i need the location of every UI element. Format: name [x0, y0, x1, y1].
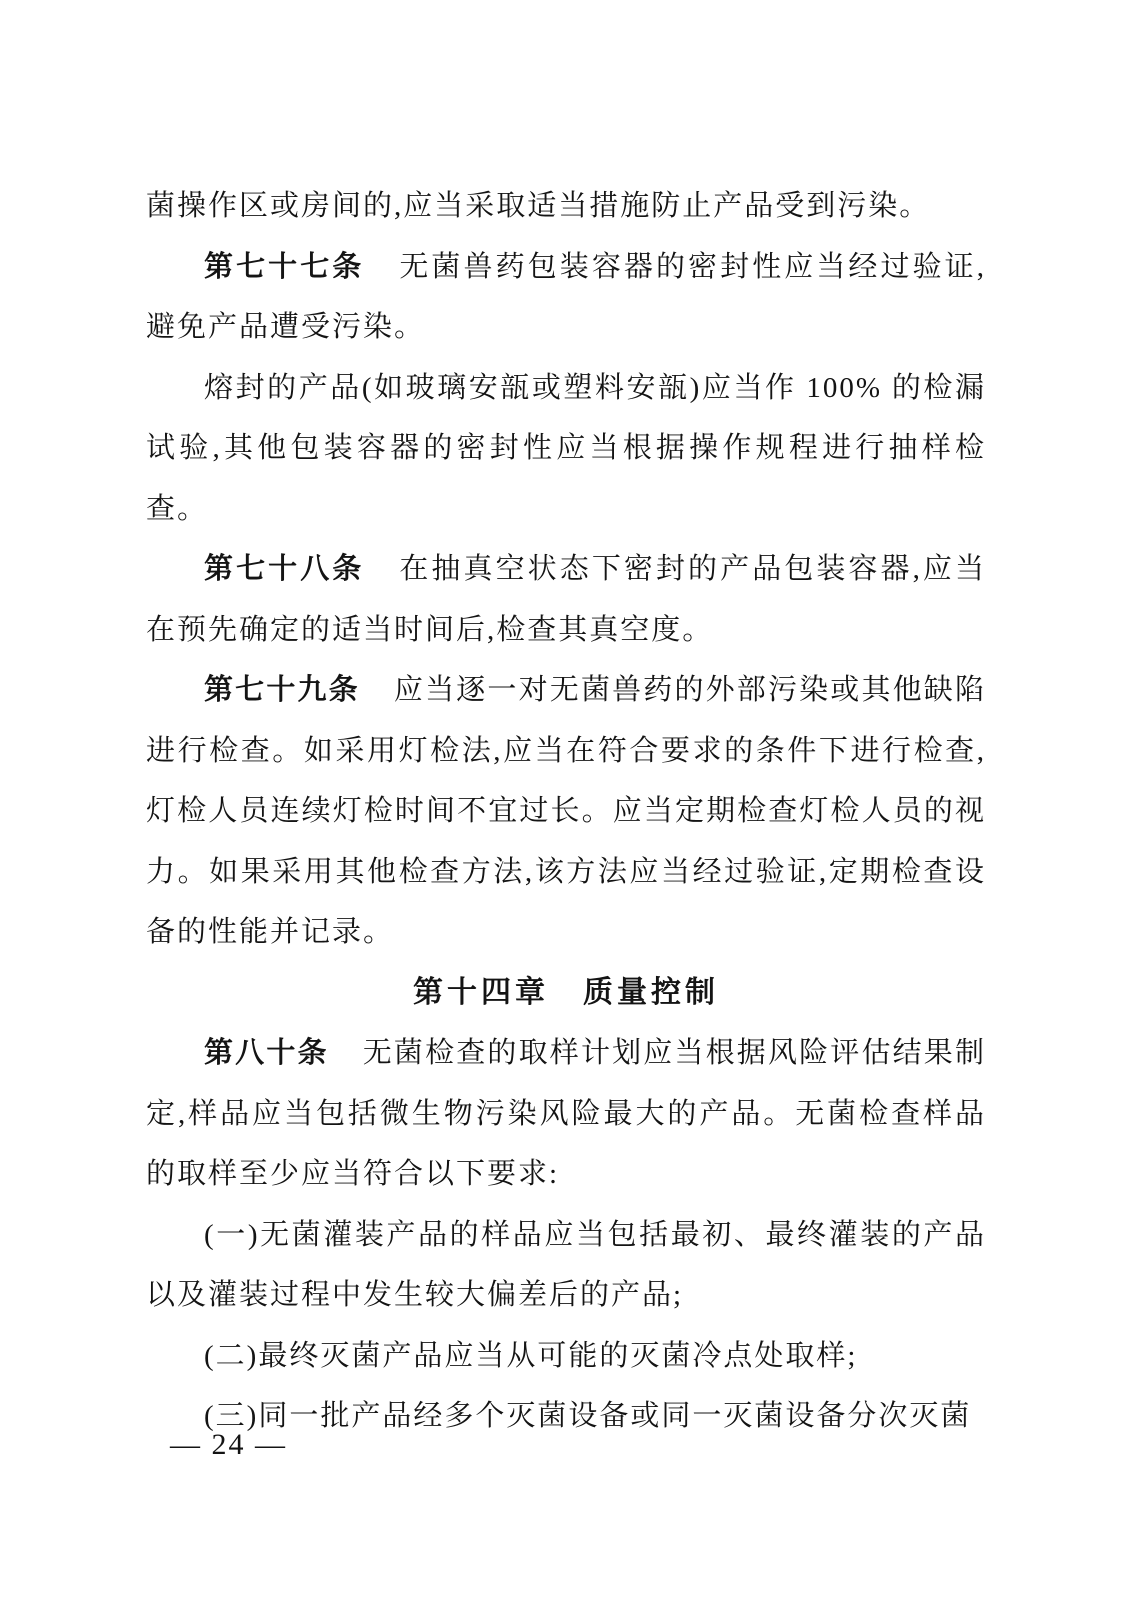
- page-footer: — 24 —: [170, 1428, 287, 1462]
- paragraph-sealed-products: 熔封的产品(如玻璃安瓿或塑料安瓿)应当作 100% 的检漏试验,其他包装容器的密…: [146, 358, 986, 540]
- paragraph-article-80: 第八十条 无菌检查的取样计划应当根据风险评估结果制定,样品应当包括微生物污染风险…: [146, 1023, 986, 1205]
- paragraph-continuation: 菌操作区或房间的,应当采取适当措施防止产品受到污染。: [146, 176, 986, 237]
- article-number-label: 第七十七条: [204, 251, 364, 283]
- paragraph-text: (三)同一批产品经多个灭菌设备或同一灭菌设备分次灭菌: [204, 1400, 971, 1432]
- paragraph-text: 熔封的产品(如玻璃安瓿或塑料安瓿)应当作 100% 的检漏试验,其他包装容器的密…: [146, 372, 986, 525]
- paragraph-text: 应当逐一对无菌兽药的外部污染或其他缺陷进行检查。如采用灯检法,应当在符合要求的条…: [146, 674, 986, 948]
- chapter-heading-text: 第十四章 质量控制: [413, 976, 719, 1009]
- paragraph-article-78: 第七十八条 在抽真空状态下密封的产品包装容器,应当在预先确定的适当时间后,检查其…: [146, 539, 986, 660]
- paragraph-article-79: 第七十九条 应当逐一对无菌兽药的外部污染或其他缺陷进行检查。如采用灯检法,应当在…: [146, 660, 986, 963]
- paragraph-item-2: (二)最终灭菌产品应当从可能的灭菌冷点处取样;: [146, 1326, 986, 1387]
- article-number-label: 第七十九条: [204, 674, 360, 706]
- page-number: — 24 —: [170, 1428, 287, 1461]
- chapter-heading: 第十四章 质量控制: [146, 963, 986, 1024]
- paragraph-text: (二)最终灭菌产品应当从可能的灭菌冷点处取样;: [204, 1340, 857, 1372]
- document-content: 菌操作区或房间的,应当采取适当措施防止产品受到污染。 第七十七条 无菌兽药包装容…: [146, 176, 986, 1447]
- article-number-label: 第七十八条: [204, 553, 364, 585]
- paragraph-item-1: (一)无菌灌装产品的样品应当包括最初、最终灌装的产品以及灌装过程中发生较大偏差后…: [146, 1205, 986, 1326]
- paragraph-text: (一)无菌灌装产品的样品应当包括最初、最终灌装的产品以及灌装过程中发生较大偏差后…: [146, 1219, 986, 1312]
- article-number-label: 第八十条: [204, 1037, 329, 1069]
- paragraph-article-77: 第七十七条 无菌兽药包装容器的密封性应当经过验证,避免产品遭受污染。: [146, 237, 986, 358]
- paragraph-text: 菌操作区或房间的,应当采取适当措施防止产品受到污染。: [146, 190, 930, 222]
- document-page: 菌操作区或房间的,应当采取适当措施防止产品受到污染。 第七十七条 无菌兽药包装容…: [0, 0, 1131, 1600]
